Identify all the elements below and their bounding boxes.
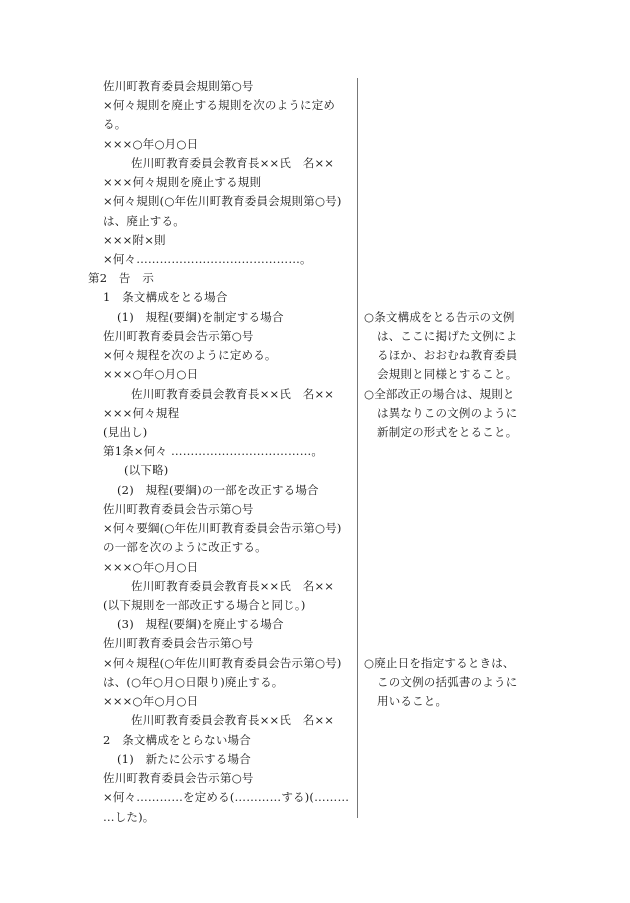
text-line: の一部を次のように改正する。 <box>103 540 267 554</box>
note-line: この文例の括弧書のように <box>377 675 517 689</box>
text-line: は、(○年○月○日限り)廃止する。 <box>103 675 283 689</box>
text-line: 佐川町教育委員会告示第○号 <box>103 636 254 650</box>
text-line: ×何々規程を次のように定める。 <box>103 348 277 362</box>
note-line: 会規則と同様とすること。 <box>377 367 517 381</box>
text-line: ×××○年○月○日 <box>103 560 198 574</box>
text-line: 佐川町教育委員会告示第○号 <box>103 329 254 343</box>
text-line: ×何々…………を定める(…………する)(……… <box>103 790 349 804</box>
text-line: 佐川町教育委員会教育長××氏 名×× <box>131 387 334 401</box>
text-line: ×××○年○月○日 <box>103 367 198 381</box>
text-line: (1) 新たに公示する場合 <box>117 752 251 766</box>
text-line: 佐川町教育委員会告示第○号 <box>103 502 254 516</box>
text-line: ×××何々規程 <box>103 406 179 420</box>
note-line: 新制定の形式をとること。 <box>377 425 517 439</box>
column-divider <box>357 78 358 818</box>
text-line: …した)。 <box>103 810 155 824</box>
text-line: (以下規則を一部改正する場合と同じ。) <box>103 598 306 612</box>
text-line: (見出し) <box>103 425 147 439</box>
text-line: ×何々規程(○年佐川町教育委員会告示第○号) <box>103 656 342 670</box>
text-line: 2 条文構成をとらない場合 <box>103 733 251 747</box>
note-line: ○廃止日を指定するときは、 <box>364 656 515 670</box>
text-line: 第1条×何々 ………………………………。 <box>103 444 323 458</box>
text-line: ×何々……………………………………。 <box>103 252 312 266</box>
text-line: ×××○年○月○日 <box>103 694 198 708</box>
text-line: ×何々規則を廃止する規則を次のように定め <box>103 98 335 112</box>
text-line: 第2 告 示 <box>88 271 154 285</box>
text-line: 佐川町教育委員会教育長××氏 名×× <box>131 156 334 170</box>
text-line: ×何々要綱(○年佐川町教育委員会告示第○号) <box>103 521 342 535</box>
text-line: る。 <box>103 117 126 131</box>
text-line: (以下略) <box>124 463 168 477</box>
note-line: は異なりこの文例のように <box>377 406 517 420</box>
text-line: ×××附×則 <box>103 233 166 247</box>
text-line: 佐川町教育委員会教育長××氏 名×× <box>131 579 334 593</box>
text-line: ×××○年○月○日 <box>103 137 198 151</box>
note-line: 用いること。 <box>377 694 447 708</box>
text-line: 1 条文構成をとる場合 <box>103 290 228 304</box>
text-line: 佐川町教育委員会告示第○号 <box>103 771 254 785</box>
text-line: (2) 規程(要綱)の一部を改正する場合 <box>117 483 319 497</box>
document-page: 佐川町教育委員会規則第○号×何々規則を廃止する規則を次のように定める。×××○年… <box>0 0 630 903</box>
text-line: 佐川町教育委員会教育長××氏 名×× <box>131 713 334 727</box>
note-line: るほか、おおむね教育委員 <box>377 348 517 362</box>
note-line: ○全部改正の場合は、規則と <box>364 387 515 401</box>
text-line: ×××何々規則を廃止する規則 <box>103 175 261 189</box>
text-line: (1) 規程(要綱)を制定する場合 <box>117 310 284 324</box>
note-line: は、ここに掲げた文例によ <box>377 329 517 343</box>
text-line: (3) 規程(要綱)を廃止する場合 <box>117 617 284 631</box>
text-line: は、廃止する。 <box>103 214 185 228</box>
text-line: 佐川町教育委員会規則第○号 <box>103 79 254 93</box>
note-line: ○条文構成をとる告示の文例 <box>364 310 515 324</box>
text-line: ×何々規則(○年佐川町教育委員会規則第○号) <box>103 194 342 208</box>
